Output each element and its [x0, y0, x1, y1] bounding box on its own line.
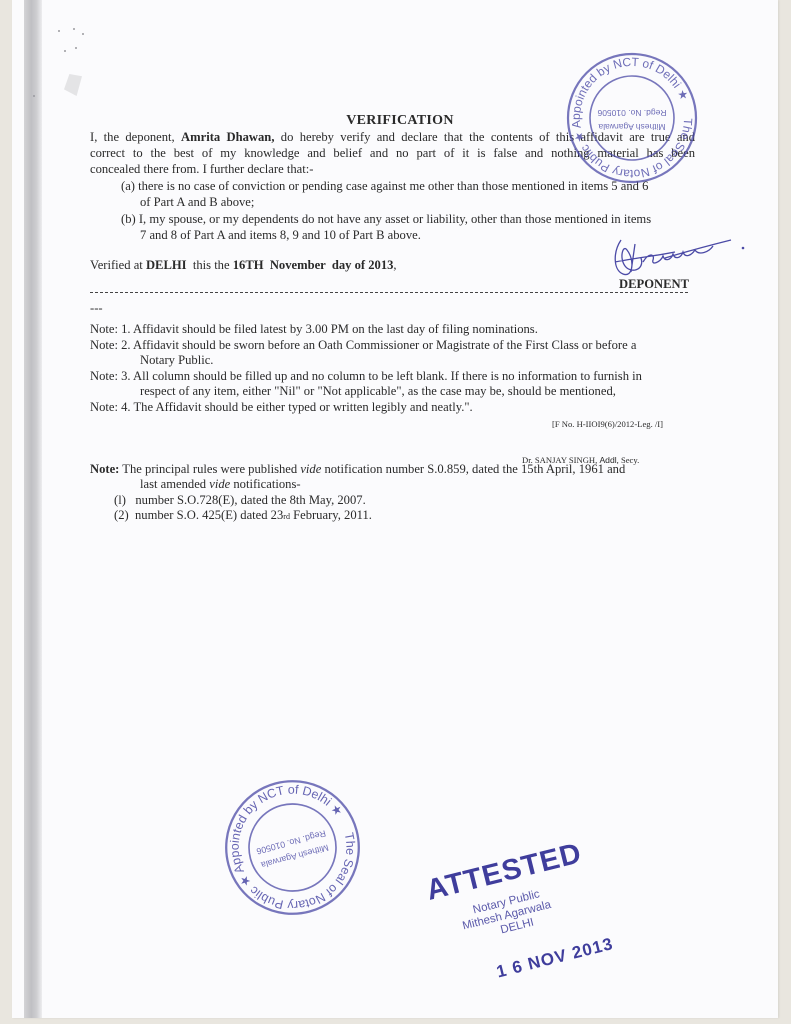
rules-note-text: notifications- — [230, 477, 300, 491]
intro-text: I, the deponent, — [90, 130, 181, 144]
rules-note-text: The principal rules were published — [119, 462, 300, 476]
notary-seal-bottom: The Seal of Notary Public ★ Appointed by… — [220, 775, 365, 925]
note-3-line-1: Note: 3. All column should be filled up … — [90, 369, 642, 384]
deponent-label: DEPONENT — [619, 277, 689, 292]
rules-note-text: notification number S.0.859, dated the 1… — [321, 462, 625, 476]
verified-prefix: Verified at — [90, 258, 146, 272]
amendment-suffix: rd — [283, 512, 290, 521]
declaration-b-line-1: (b) I, my spouse, or my dependents do no… — [121, 212, 651, 227]
seal-inner-name: Mithesh Agarwala — [598, 122, 665, 132]
intro-line-3: concealed there from. I further declare … — [90, 162, 313, 177]
rules-note-line-1: Note: The principal rules were published… — [90, 462, 625, 477]
verified-date: 16TH November day of 2013 — [233, 258, 394, 272]
amendment-1: (l) number S.O.728(E), dated the 8th May… — [114, 493, 366, 508]
amendment-2: (2) number S.O. 425(E) dated 23rd Februa… — [114, 508, 372, 524]
note-3-line-2: respect of any item, either "Nil" or "No… — [140, 384, 616, 399]
scan-speck — [58, 30, 60, 32]
note-4: Note: 4. The Affidavit should be either … — [90, 400, 473, 415]
rules-note-vide: vide — [209, 477, 230, 491]
amendment-text: number S.O.728(E), dated the 8th May, 20… — [135, 493, 365, 507]
rules-note-label: Note: — [90, 462, 119, 476]
rules-note-vide: vide — [300, 462, 321, 476]
amendment-number: (l) — [114, 493, 126, 507]
scan-speck — [82, 33, 84, 35]
note-1: Note: 1. Affidavit should be filed lates… — [90, 322, 538, 337]
attested-stamp: ATTESTED Notary Public Mithesh Agarwala … — [420, 820, 620, 995]
verified-mid: this the — [187, 258, 233, 272]
separator-line — [90, 292, 688, 293]
notary-seal-top: The Seal of Notary Public ★ Appointed by… — [562, 48, 702, 193]
amendment-number: (2) — [114, 508, 129, 522]
rules-note-line-2: last amended vide notifications- — [140, 477, 301, 492]
amendment-text: number S.O. 425(E) dated 23 — [135, 508, 283, 522]
scan-speck — [73, 28, 75, 30]
verified-suffix: , — [393, 258, 396, 272]
scan-speck — [75, 47, 77, 49]
verified-place: DELHI — [146, 258, 187, 272]
note-2-line-2: Notary Public. — [140, 353, 213, 368]
declaration-b-line-2: 7 and 8 of Part A and items 8, 9 and 10 … — [140, 228, 421, 243]
seal-inner-reg: Regd. No. 010506 — [597, 108, 666, 118]
note-2-line-1: Note: 2. Affidavit should be sworn befor… — [90, 338, 636, 353]
scan-speck — [64, 50, 66, 52]
verified-line: Verified at DELHI this the 16TH November… — [90, 258, 397, 273]
attested-date: 1 6 NOV 2013 — [494, 934, 615, 981]
file-reference: [F No. H-IIOI9(6)/2012-Leg. /I] — [552, 417, 663, 432]
separator-tail: --- — [90, 301, 103, 316]
amendment-text: February, 2011. — [290, 508, 372, 522]
deponent-name: Amrita Dhawan, — [181, 130, 274, 144]
rules-note-text: last amended — [140, 477, 209, 491]
declaration-a-line-2: of Part A and B above; — [140, 195, 254, 210]
scan-speck — [33, 95, 35, 97]
scan-shadow-edge — [24, 0, 42, 1018]
